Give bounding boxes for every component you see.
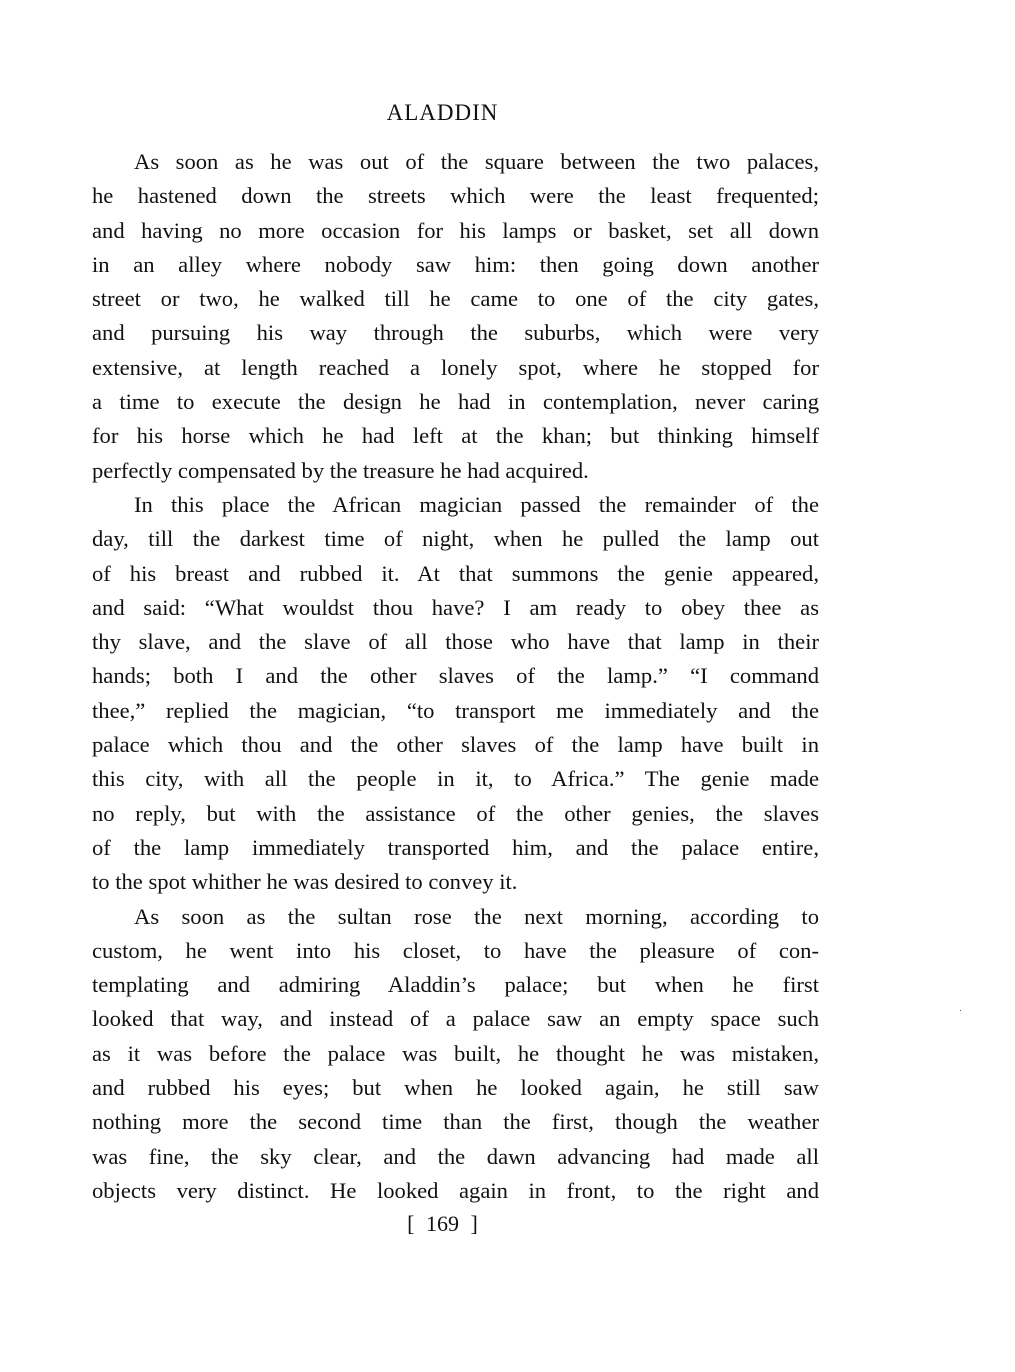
text-line: thee,” replied the magician, “to transpo…: [92, 694, 819, 728]
text-line: street or two, he walked till he came to…: [92, 282, 819, 316]
text-line: objects very distinct. He looked again i…: [92, 1174, 819, 1208]
text-line: looked that way, and instead of a palace…: [92, 1002, 819, 1036]
text-line: as it was before the palace was built, h…: [92, 1037, 819, 1071]
text-line: no reply, but with the assistance of the…: [92, 797, 819, 831]
text-line: thy slave, and the slave of all those wh…: [92, 625, 819, 659]
text-line: templating and admiring Aladdin’s palace…: [92, 968, 819, 1002]
text-line: As soon as he was out of the square betw…: [92, 145, 819, 179]
text-line: a time to execute the design he had in c…: [92, 385, 819, 419]
text-line: for his horse which he had left at the k…: [92, 419, 819, 453]
paragraph-3: As soon as the sultan rose the next morn…: [92, 900, 819, 1209]
text-line: and having no more occasion for his lamp…: [92, 214, 819, 248]
text-line: extensive, at length reached a lonely sp…: [92, 351, 819, 385]
text-line: palace which thou and the other slaves o…: [92, 728, 819, 762]
text-line: As soon as the sultan rose the next morn…: [92, 900, 819, 934]
text-line: and said: “What wouldst thou have? I am …: [92, 591, 819, 625]
text-line: nothing more the second time than the fi…: [92, 1105, 819, 1139]
text-line: of the lamp immediately transported him,…: [92, 831, 819, 865]
body-text: As soon as he was out of the square betw…: [92, 145, 819, 1208]
text-line: custom, he went into his closet, to have…: [92, 934, 819, 968]
text-line: and pursuing his way through the suburbs…: [92, 316, 819, 350]
page-number: [ 169 ]: [0, 1209, 885, 1239]
text-line: day, till the darkest time of night, whe…: [92, 522, 819, 556]
paragraph-1: As soon as he was out of the square betw…: [92, 145, 819, 488]
running-head: ALADDIN: [0, 98, 885, 128]
text-line: hands; both I and the other slaves of th…: [92, 659, 819, 693]
text-line: and rubbed his eyes; but when he looked …: [92, 1071, 819, 1105]
text-line: of his breast and rubbed it. At that sum…: [92, 557, 819, 591]
text-line: In this place the African magician passe…: [92, 488, 819, 522]
scan-speck: [960, 1010, 961, 1011]
text-line: he hastened down the streets which were …: [92, 179, 819, 213]
paragraph-2: In this place the African magician passe…: [92, 488, 819, 900]
text-line: in an alley where nobody saw him: then g…: [92, 248, 819, 282]
text-line: this city, with all the people in it, to…: [92, 762, 819, 796]
text-line: perfectly compensated by the treasure he…: [92, 454, 819, 488]
text-line: was fine, the sky clear, and the dawn ad…: [92, 1140, 819, 1174]
text-line: to the spot whither he was desired to co…: [92, 865, 819, 899]
